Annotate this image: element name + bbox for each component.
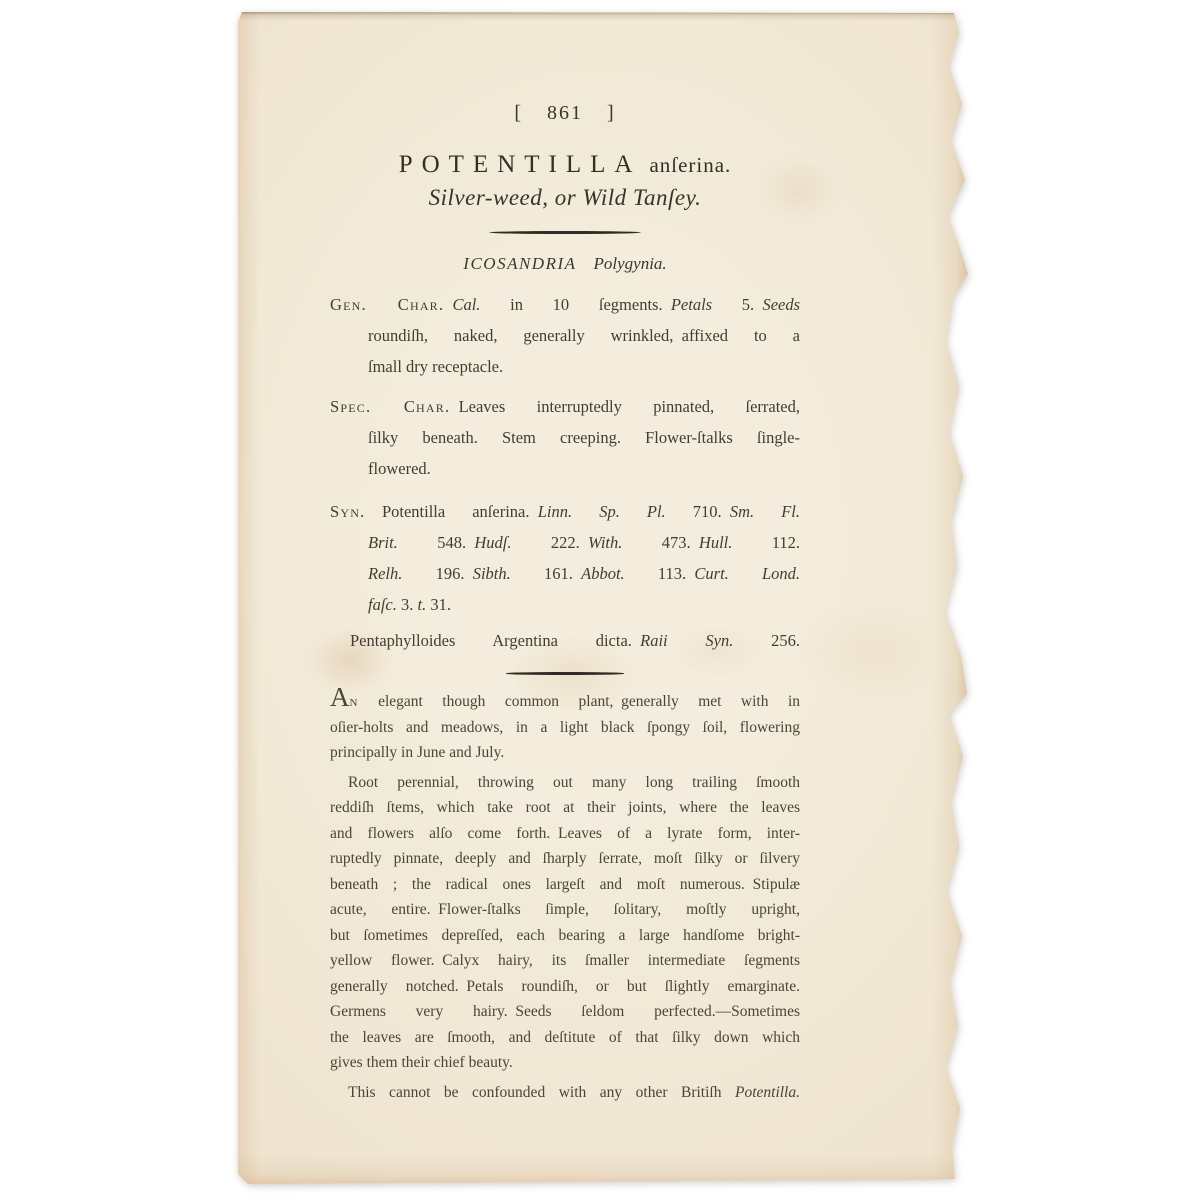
page-number: [ 861 ] — [330, 102, 800, 125]
linnaean-classification: ICOSANDRIA Polygynia. — [330, 254, 800, 274]
specific-character-paragraph: Spec. Char. Leaves interruptedly pinnate… — [330, 391, 800, 484]
secondary-synonym-line: Pentaphylloides Argentina dicta. Raii Sy… — [330, 625, 800, 656]
species-title: POTENTILLAanſerina. — [330, 151, 800, 179]
generic-character-paragraph: Gen. Char. Cal. in 10 ſegments. Petals 5… — [330, 289, 800, 382]
description-paragraph-1: An elegant though common plant, generall… — [330, 689, 800, 766]
description-paragraph-3: This cannot be confounded with any other… — [330, 1080, 800, 1106]
species-epithet: anſerina. — [649, 153, 731, 177]
description-paragraph-2: Root perennial, throwing out many long t… — [330, 770, 800, 1076]
genus-name: POTENTILLA — [399, 151, 642, 178]
swelled-rule-divider — [489, 231, 641, 234]
swelled-rule-divider-2 — [506, 672, 624, 675]
book-page-paper: [ 861 ] POTENTILLAanſerina. Silver-weed,… — [238, 12, 968, 1184]
scan-area: [ 861 ] POTENTILLAanſerina. Silver-weed,… — [0, 0, 1200, 1200]
common-name-subtitle: Silver-weed, or Wild Tanſey. — [330, 185, 800, 211]
text-column: [ 861 ] POTENTILLAanſerina. Silver-weed,… — [330, 12, 800, 1105]
synonyms-paragraph: Syn. Potentilla anſerina. Linn. Sp. Pl. … — [330, 496, 800, 620]
